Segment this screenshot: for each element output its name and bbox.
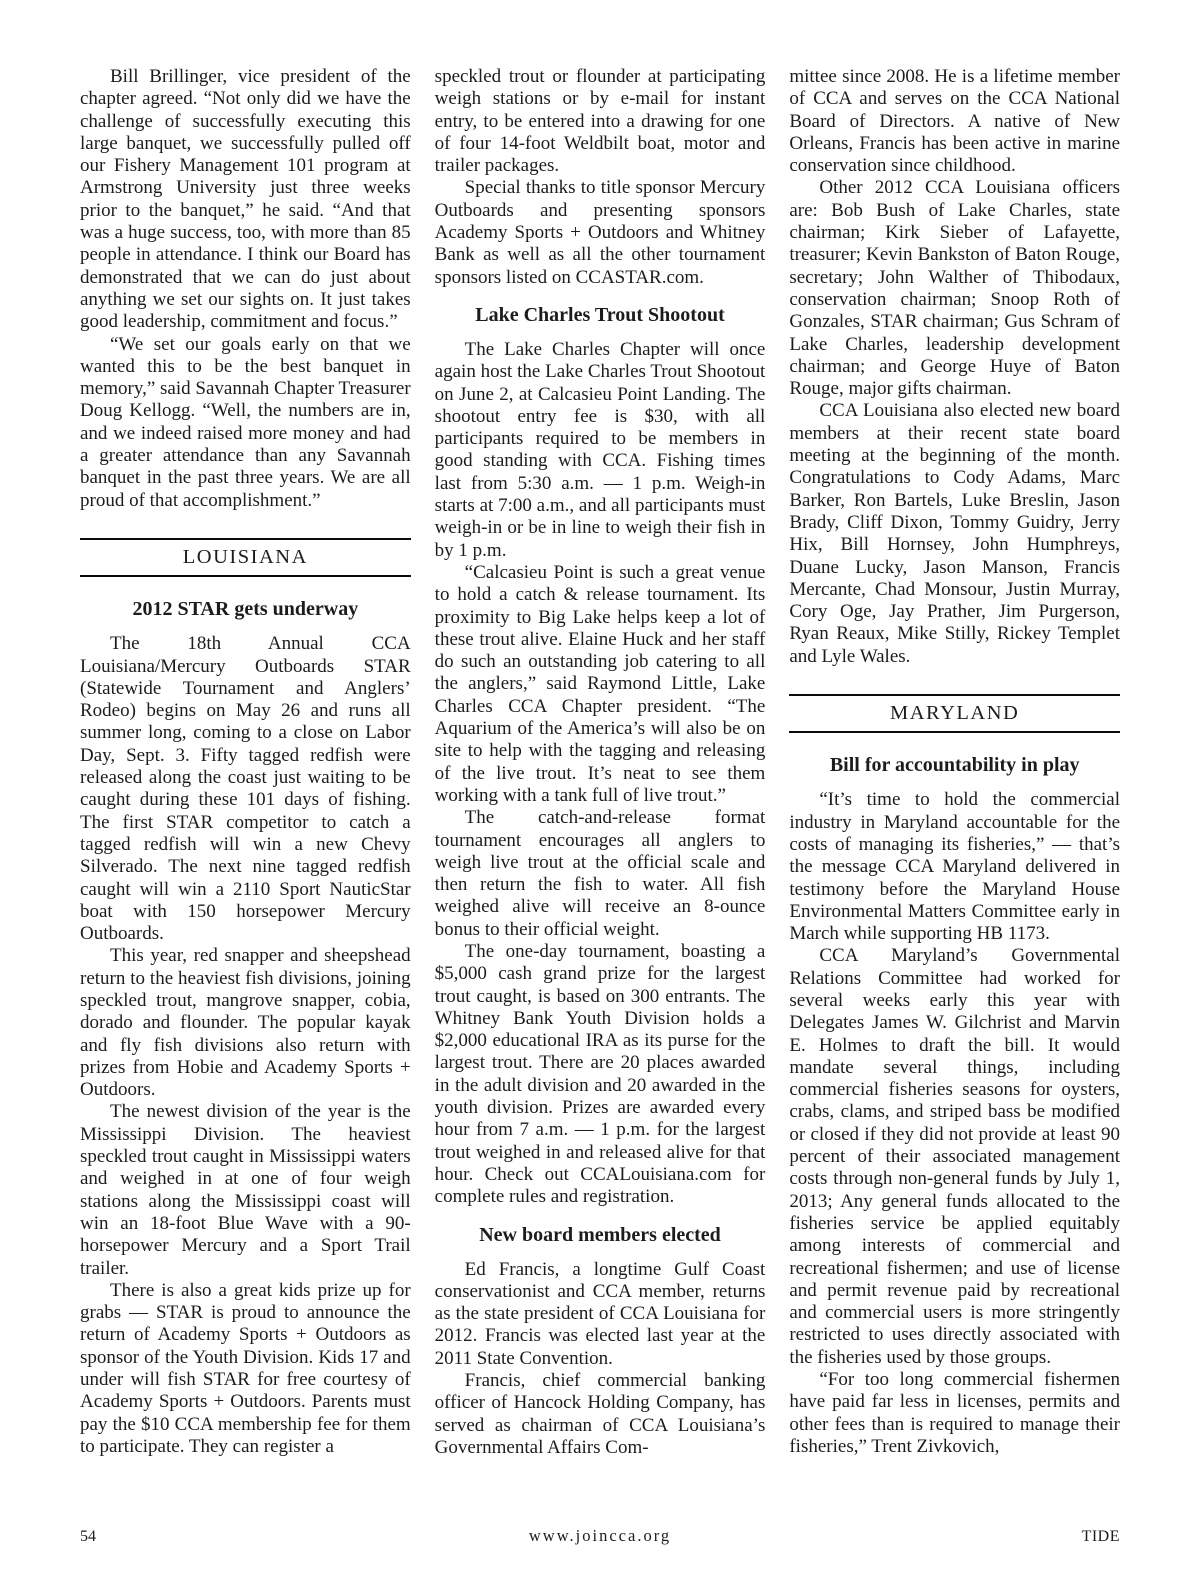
para-youth-division: There is also a great kids prize up for …	[80, 1280, 411, 1458]
para-calcasieu-quote: “Calcasieu Point is such a great venue t…	[435, 562, 766, 807]
para-maryland-testimony: “It’s time to hold the commercial indust…	[789, 789, 1120, 945]
footer-url: www.joincca.org	[529, 1526, 671, 1546]
para-louisiana-officers: Other 2012 CCA Louisiana officers are: B…	[789, 177, 1120, 400]
magazine-page: Bill Brillinger, vice president of the c…	[0, 0, 1200, 1582]
columns-container: Bill Brillinger, vice president of the c…	[80, 66, 1120, 1510]
para-ed-francis: Ed Francis, a longtime Gulf Coast conser…	[435, 1259, 766, 1370]
para-shootout-details: The Lake Charles Chapter will once again…	[435, 339, 766, 562]
para-tournament-prizes: The one-day tournament, boasting a $5,00…	[435, 941, 766, 1209]
subhead-bill-for-accountability: Bill for accountability in play	[789, 753, 1120, 777]
subhead-new-board-members-elected: New board members elected	[435, 1223, 766, 1247]
column-2: speckled trout or flounder at participat…	[435, 66, 766, 1510]
para-francis-bio: Francis, chief commercial banking office…	[435, 1370, 766, 1459]
column-1: Bill Brillinger, vice president of the c…	[80, 66, 411, 1510]
para-star-divisions: This year, red snapper and sheepshead re…	[80, 945, 411, 1101]
para-new-board-members: CCA Louisiana also elected new board mem…	[789, 400, 1120, 668]
subhead-lake-charles-trout-shootout: Lake Charles Trout Shootout	[435, 303, 766, 327]
subhead-2012-star-gets-underway: 2012 STAR gets underway	[80, 597, 411, 621]
para-brillinger-quote: Bill Brillinger, vice president of the c…	[80, 66, 411, 334]
page-number: 54	[80, 1528, 529, 1546]
para-mississippi-division: The newest division of the year is the M…	[80, 1101, 411, 1279]
section-louisiana: LOUISIANA	[80, 538, 411, 577]
section-title: MARYLAND	[890, 702, 1019, 724]
para-zivkovich-quote: “For too long commercial fishermen have …	[789, 1369, 1120, 1458]
para-catch-and-release: The catch-and-release format tournament …	[435, 807, 766, 941]
section-maryland: MARYLAND	[789, 694, 1120, 733]
para-star-continued: speckled trout or flounder at participat…	[435, 66, 766, 177]
para-star-intro: The 18th Annual CCA Louisiana/Mercury Ou…	[80, 633, 411, 945]
section-title: LOUISIANA	[183, 546, 308, 568]
page-footer: 54 www.joincca.org TIDE	[80, 1526, 1120, 1546]
para-star-sponsors: Special thanks to title sponsor Mercury …	[435, 177, 766, 288]
para-francis-continued: mittee since 2008. He is a lifetime memb…	[789, 66, 1120, 177]
para-hb1173-details: CCA Maryland’s Governmental Relations Co…	[789, 945, 1120, 1369]
footer-magazine-title: TIDE	[671, 1528, 1120, 1546]
para-kellogg-quote: “We set our goals early on that we wante…	[80, 334, 411, 512]
column-3: mittee since 2008. He is a lifetime memb…	[789, 66, 1120, 1510]
